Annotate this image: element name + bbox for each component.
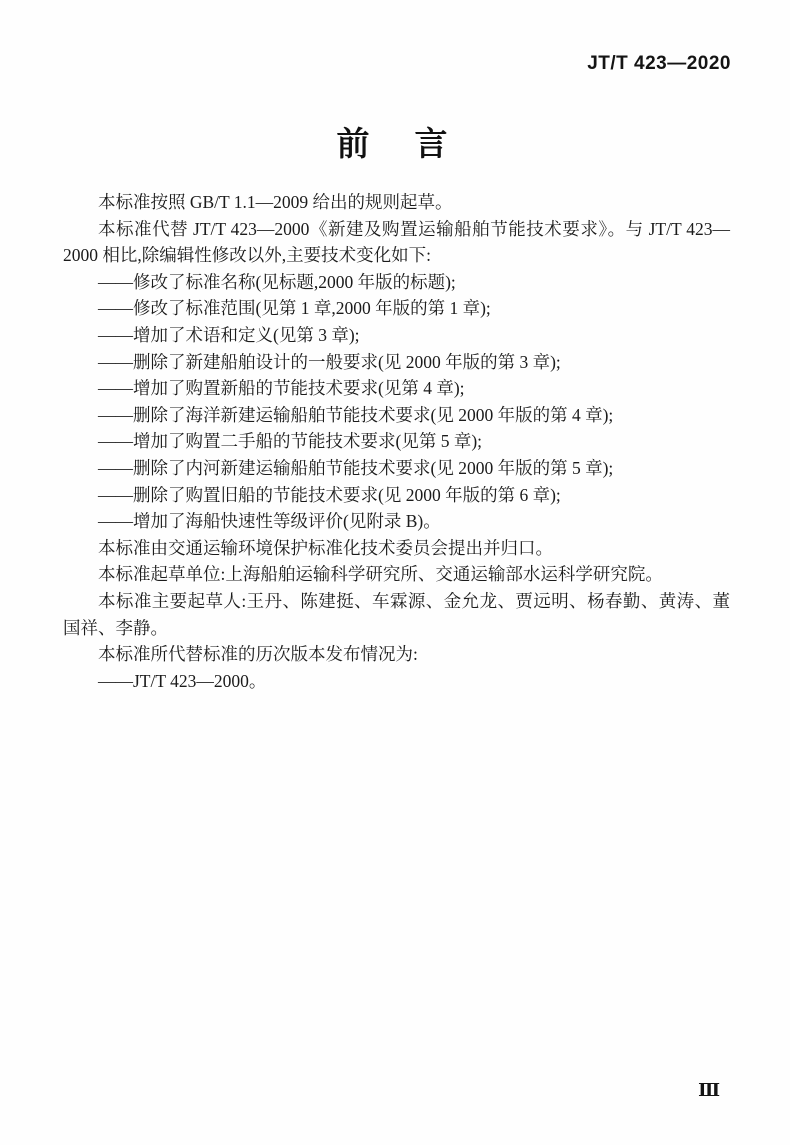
foreword-paragraph: 本标准按照 GB/T 1.1—2009 给出的规则起草。 (63, 189, 730, 216)
change-list-item: ——增加了海船快速性等级评价(见附录 B)。 (63, 508, 730, 535)
document-page: JT/T 423—2020 前 言 本标准按照 GB/T 1.1—2009 给出… (0, 0, 790, 1145)
foreword-paragraph: 本标准由交通运输环境保护标准化技术委员会提出并归口。 (63, 535, 730, 562)
change-list-item: ——删除了新建船舶设计的一般要求(见 2000 年版的第 3 章); (63, 349, 730, 376)
foreword-paragraph: 本标准代替 JT/T 423—2000《新建及购置运输船舶节能技术要求》。与 J… (63, 216, 730, 269)
page-number: Ⅲ (698, 1080, 720, 1101)
change-list-item: ——删除了购置旧船的节能技术要求(见 2000 年版的第 6 章); (63, 482, 730, 509)
change-list-item: ——删除了内河新建运输船舶节能技术要求(见 2000 年版的第 5 章); (63, 455, 730, 482)
foreword-paragraph: 本标准主要起草人:王丹、陈建挺、车霖源、金允龙、贾远明、杨春勤、黄涛、董国祥、李… (63, 588, 730, 641)
change-list-item: ——增加了购置新船的节能技术要求(见第 4 章); (63, 375, 730, 402)
change-list-item: ——删除了海洋新建运输船舶节能技术要求(见 2000 年版的第 4 章); (63, 402, 730, 429)
change-list-item: ——增加了术语和定义(见第 3 章); (63, 322, 730, 349)
change-list-item: ——修改了标准范围(见第 1 章,2000 年版的第 1 章); (63, 295, 730, 322)
foreword-paragraph: 本标准起草单位:上海船舶运输科学研究所、交通运输部水运科学研究院。 (63, 561, 730, 588)
foreword-body: 本标准按照 GB/T 1.1—2009 给出的规则起草。 本标准代替 JT/T … (63, 189, 730, 694)
previous-edition-item: ——JT/T 423—2000。 (63, 668, 730, 695)
foreword-paragraph: 本标准所代替标准的历次版本发布情况为: (63, 641, 730, 668)
foreword-title: 前 言 (0, 118, 790, 165)
change-list-item: ——修改了标准名称(见标题,2000 年版的标题); (63, 269, 730, 296)
standard-number-header: JT/T 423—2020 (587, 53, 731, 75)
change-list-item: ——增加了购置二手船的节能技术要求(见第 5 章); (63, 428, 730, 455)
